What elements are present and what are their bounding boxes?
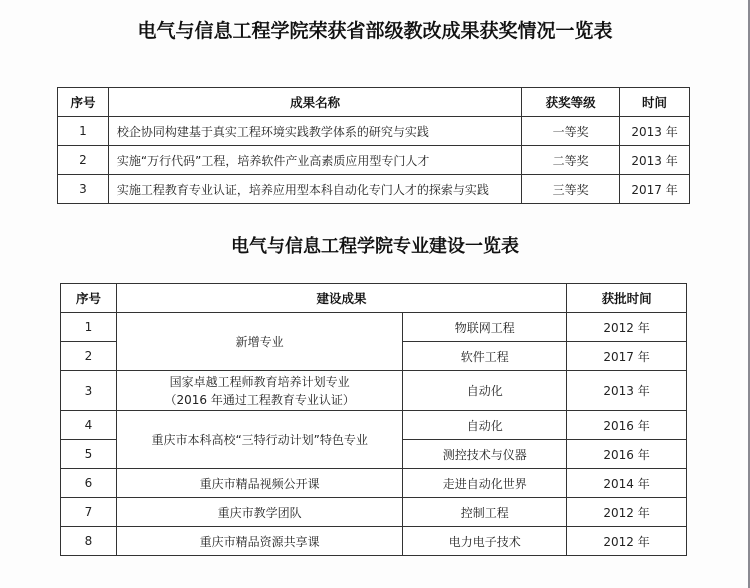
cell-year: 2013 年 <box>620 146 690 175</box>
cell-year: 2013 年 <box>567 371 687 411</box>
cell-year: 2012 年 <box>567 498 687 527</box>
cell-year: 2017 年 <box>620 175 690 204</box>
table-row: 1 新增专业 物联网工程 2012 年 <box>61 313 687 342</box>
cell-no: 7 <box>61 498 117 527</box>
cell-group: 重庆市精品视频公开课 <box>116 469 403 498</box>
cell-year: 2013 年 <box>620 117 690 146</box>
cell-no: 6 <box>61 469 117 498</box>
cell-item: 物联网工程 <box>403 313 567 342</box>
cell-year: 2012 年 <box>567 313 687 342</box>
table-row: 7 重庆市教学团队 控制工程 2012 年 <box>61 498 687 527</box>
cell-group: 重庆市精品资源共享课 <box>116 527 403 556</box>
table-row: 3 实施工程教育专业认证，培养应用型本科自动化专门人才的探索与实践 三等奖 20… <box>58 175 690 204</box>
cell-group: 重庆市本科高校“三特行动计划”特色专业 <box>116 411 403 469</box>
cell-no: 2 <box>58 146 109 175</box>
cell-no: 3 <box>58 175 109 204</box>
table-row: 4 重庆市本科高校“三特行动计划”特色专业 自动化 2016 年 <box>61 411 687 440</box>
table-row: 1 校企协同构建基于真实工程环境实践教学体系的研究与实践 一等奖 2013 年 <box>58 117 690 146</box>
cell-no: 2 <box>61 342 117 371</box>
table-row: 3 国家卓越工程师教育培养计划专业 （2016 年通过工程教育专业认证） 自动化… <box>61 371 687 411</box>
table1-title: 电气与信息工程学院荣获省部级教改成果获奖情况一览表 <box>0 16 750 43</box>
cell-name: 实施“万行代码”工程，培养软件产业高素质应用型专门人才 <box>108 146 521 175</box>
program-building-table: 序号 建设成果 获批时间 1 新增专业 物联网工程 2012 年 2 软件工程 … <box>60 283 687 556</box>
table2-title: 电气与信息工程学院专业建设一览表 <box>0 232 750 258</box>
cell-group: 重庆市教学团队 <box>116 498 403 527</box>
cell-year: 2012 年 <box>567 527 687 556</box>
table-header-row: 序号 建设成果 获批时间 <box>61 284 687 313</box>
table-row: 2 实施“万行代码”工程，培养软件产业高素质应用型专门人才 二等奖 2013 年 <box>58 146 690 175</box>
header-approval-time: 获批时间 <box>567 284 687 313</box>
cell-no: 1 <box>61 313 117 342</box>
cell-item: 测控技术与仪器 <box>403 440 567 469</box>
cell-no: 3 <box>61 371 117 411</box>
header-level: 获奖等级 <box>522 88 620 117</box>
cell-name: 实施工程教育专业认证，培养应用型本科自动化专门人才的探索与实践 <box>108 175 521 204</box>
cell-item: 电力电子技术 <box>403 527 567 556</box>
table-row: 8 重庆市精品资源共享课 电力电子技术 2012 年 <box>61 527 687 556</box>
table-row: 6 重庆市精品视频公开课 走进自动化世界 2014 年 <box>61 469 687 498</box>
cell-level: 三等奖 <box>522 175 620 204</box>
cell-group-line1: 国家卓越工程师教育培养计划专业 <box>117 373 403 391</box>
cell-year: 2016 年 <box>567 411 687 440</box>
cell-year: 2017 年 <box>567 342 687 371</box>
cell-item: 走进自动化世界 <box>403 469 567 498</box>
cell-year: 2014 年 <box>567 469 687 498</box>
cell-name: 校企协同构建基于真实工程环境实践教学体系的研究与实践 <box>108 117 521 146</box>
cell-group: 新增专业 <box>116 313 403 371</box>
awards-table: 序号 成果名称 获奖等级 时间 1 校企协同构建基于真实工程环境实践教学体系的研… <box>57 87 690 204</box>
cell-no: 5 <box>61 440 117 469</box>
table-header-row: 序号 成果名称 获奖等级 时间 <box>58 88 690 117</box>
cell-item: 自动化 <box>403 371 567 411</box>
cell-year: 2016 年 <box>567 440 687 469</box>
cell-group: 国家卓越工程师教育培养计划专业 （2016 年通过工程教育专业认证） <box>116 371 403 411</box>
cell-group-line2: （2016 年通过工程教育专业认证） <box>117 391 403 409</box>
header-no: 序号 <box>61 284 117 313</box>
cell-item: 软件工程 <box>403 342 567 371</box>
header-name: 成果名称 <box>108 88 521 117</box>
cell-no: 1 <box>58 117 109 146</box>
header-achievement: 建设成果 <box>116 284 566 313</box>
cell-no: 4 <box>61 411 117 440</box>
header-no: 序号 <box>58 88 109 117</box>
cell-no: 8 <box>61 527 117 556</box>
cell-item: 控制工程 <box>403 498 567 527</box>
header-time: 时间 <box>620 88 690 117</box>
cell-item: 自动化 <box>403 411 567 440</box>
cell-level: 二等奖 <box>522 146 620 175</box>
cell-level: 一等奖 <box>522 117 620 146</box>
